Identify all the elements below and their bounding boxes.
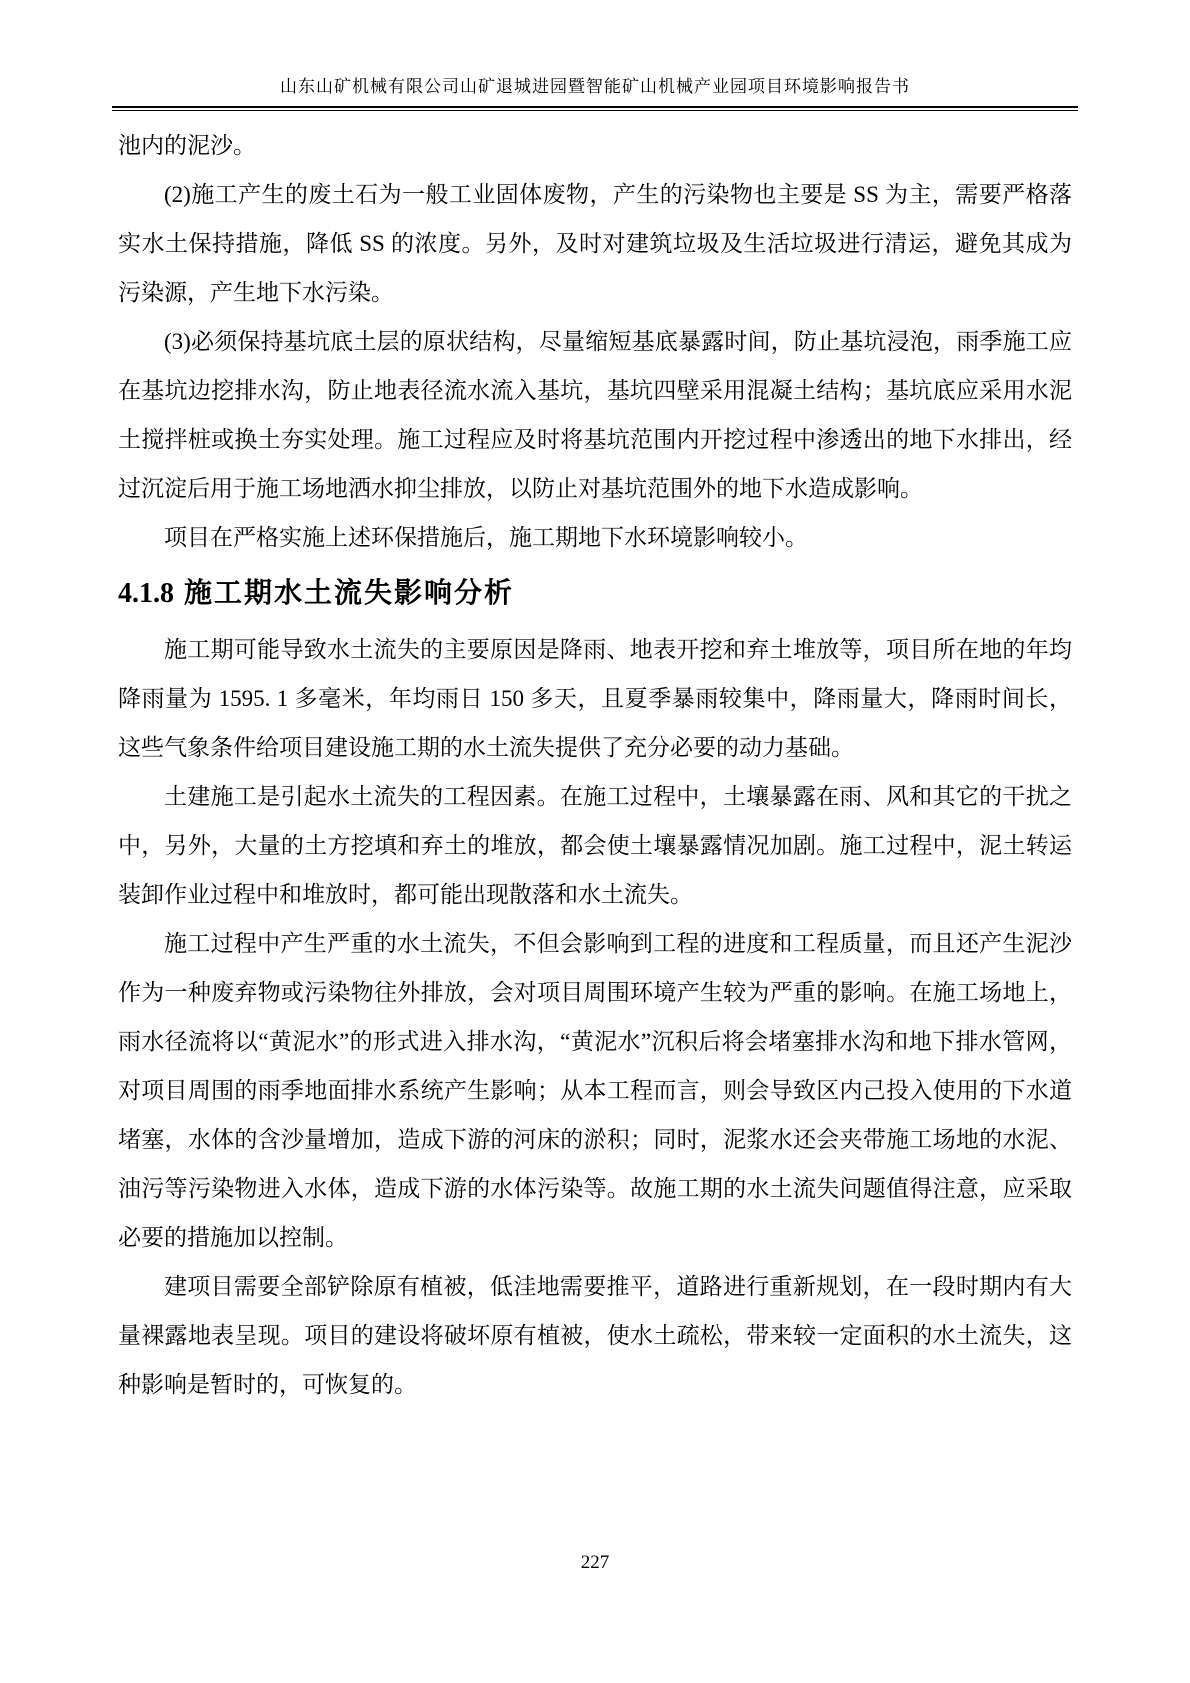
section-heading-number: 4.1.8 (118, 578, 174, 609)
header-rule (112, 106, 1078, 111)
paragraph-groundwater-conclusion: 项目在严格实施上述环保措施后，施工期地下水环境影响较小。 (118, 513, 1072, 562)
document-page: 山东山矿机械有限公司山矿退城进园暨智能矿山机械产业园项目环境影响报告书 池内的泥… (0, 0, 1190, 1683)
paragraph-waste-rock: (2)施工产生的废土石为一般工业固体废物，产生的污染物也主要是 SS 为主，需要… (118, 170, 1072, 317)
paragraph-continuation: 池内的泥沙。 (118, 121, 1072, 170)
paragraph-civil-construction: 土建施工是引起水土流失的工程因素。在施工过程中，土壤暴露在雨、风和其它的干扰之中… (118, 772, 1072, 919)
section-heading: 4.1.8施工期水土流失影响分析 (118, 565, 1072, 622)
paragraph-vegetation-removal: 建项目需要全部铲除原有植被，低洼地需要推平，道路进行重新规划，在一段时期内有大量… (118, 1262, 1072, 1409)
paragraph-foundation-pit: (3)必须保持基坑底土层的原状结构，尽量缩短基底暴露时间，防止基坑浸泡，雨季施工… (118, 317, 1072, 513)
section-heading-title: 施工期水土流失影响分析 (184, 577, 514, 608)
document-body: 池内的泥沙。 (2)施工产生的废土石为一般工业固体废物，产生的污染物也主要是 S… (118, 121, 1072, 1409)
page-number: 227 (581, 1552, 610, 1573)
paragraph-rainfall-causes: 施工期可能导致水土流失的主要原因是降雨、地表开挖和弃土堆放等，项目所在地的年均降… (118, 625, 1072, 772)
running-header-title: 山东山矿机械有限公司山矿退城进园暨智能矿山机械产业园项目环境影响报告书 (112, 72, 1078, 97)
page-footer: 227 (0, 1552, 1190, 1574)
page-header: 山东山矿机械有限公司山矿退城进园暨智能矿山机械产业园项目环境影响报告书 (112, 72, 1078, 111)
paragraph-erosion-impact: 施工过程中产生严重的水土流失，不但会影响到工程的进度和工程质量，而且还产生泥沙作… (118, 919, 1072, 1262)
